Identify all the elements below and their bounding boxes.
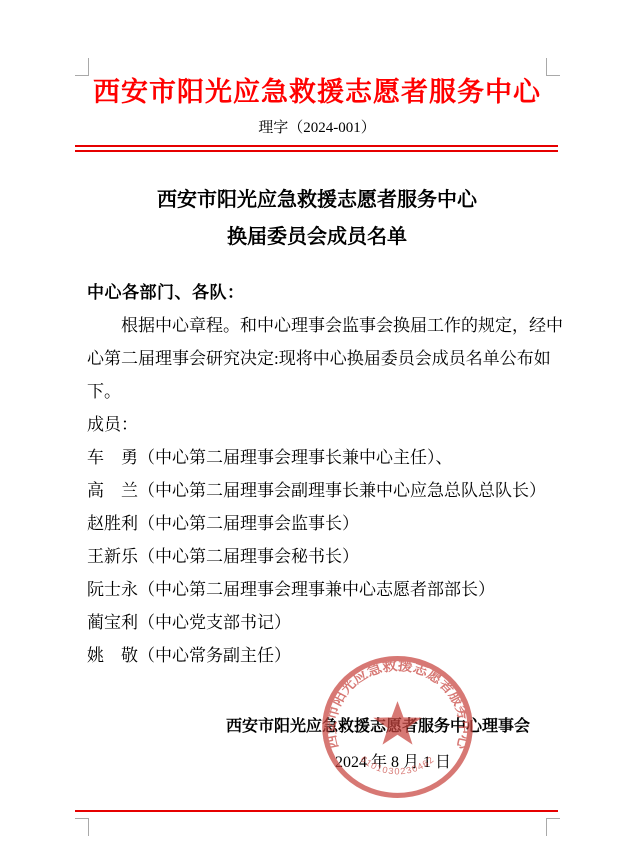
members-label: 成员： <box>87 408 561 441</box>
crop-mark-bottom-right <box>546 818 560 836</box>
signature-org-name: 西安市阳光应急救援志愿者服务中心理事会 <box>87 713 530 736</box>
signature-date: 2024 年 8 月 1 日 <box>335 749 451 772</box>
member-row: 赵胜利（中心第二届理事会监事长） <box>87 507 561 540</box>
paragraph-line: 心第二届理事会研究决定:现将中心换届委员会成员名单公布如 <box>87 342 561 375</box>
document-title-line2: 换届委员会成员名单 <box>0 220 634 249</box>
member-row: 车 勇（中心第二届理事会理事长兼中心主任）、 <box>87 441 561 474</box>
red-divider-line-bottom <box>75 810 558 812</box>
letterhead-org-title: 西安市阳光应急救援志愿者服务中心 <box>0 70 634 109</box>
member-row: 蔺宝利（中心党支部书记） <box>87 606 561 639</box>
document-body: 中心各部门、各队： 根据中心章程。和中心理事会监事会换届工作的规定，经中 心第二… <box>87 276 561 672</box>
paragraph-line: 下。 <box>87 375 561 408</box>
document-title-line1: 西安市阳光应急救援志愿者服务中心 <box>0 183 634 212</box>
member-row: 王新乐（中心第二届理事会秘书长） <box>87 540 561 573</box>
crop-mark-bottom-left <box>75 818 89 836</box>
red-divider-line-top-2 <box>75 150 558 152</box>
red-divider-line-top-1 <box>75 145 558 147</box>
paragraph-line: 根据中心章程。和中心理事会监事会换届工作的规定，经中 <box>87 309 561 342</box>
member-row: 阮士永（中心第二届理事会理事兼中心志愿者部部长） <box>87 573 561 606</box>
member-row: 姚 敬（中心常务副主任） <box>87 639 561 672</box>
member-row: 高 兰（中心第二届理事会副理事长兼中心应急总队总队长） <box>87 474 561 507</box>
document-page: 西安市阳光应急救援志愿者服务中心 理字（2024-001） 西安市阳光应急救援志… <box>0 0 634 848</box>
document-number: 理字（2024-001） <box>0 116 634 137</box>
salutation: 中心各部门、各队： <box>87 276 561 309</box>
